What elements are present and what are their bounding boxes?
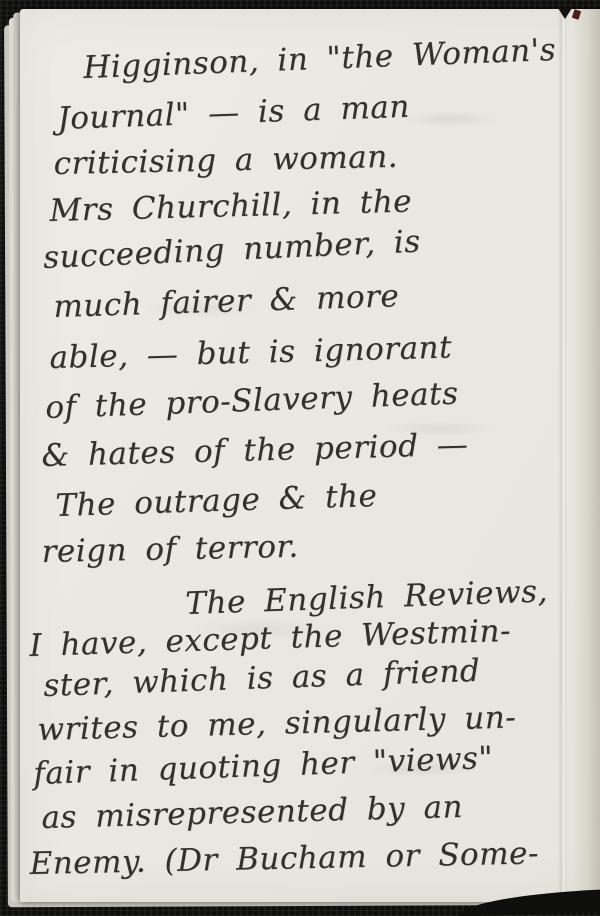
handwriting-line: The outrage & the bbox=[55, 478, 378, 524]
handwriting-line: as misrepresented by an bbox=[41, 789, 463, 836]
handwriting-line: fair in quoting her "views" bbox=[33, 740, 494, 792]
handwriting-line: much fairer & more bbox=[53, 278, 400, 325]
photograph: Higginson, in "the Woman's Journal" — is… bbox=[0, 0, 600, 916]
handwriting-line: Higginson, in "the Woman's bbox=[83, 32, 557, 86]
handwritten-text: Higginson, in "the Woman's Journal" — is… bbox=[0, 0, 600, 916]
handwriting-line: criticising a woman. bbox=[53, 139, 398, 182]
handwriting-line: Mrs Churchill, in the bbox=[49, 184, 412, 229]
handwriting-line: of the pro-Slavery heats bbox=[45, 376, 459, 426]
handwriting-line: & hates of the period — bbox=[41, 427, 469, 474]
handwriting-line: reign of terror. bbox=[41, 529, 299, 570]
handwriting-line: succeeding number, is bbox=[42, 224, 421, 276]
handwriting-line: Enemy. (Dr Bucham or Some- bbox=[29, 835, 539, 882]
handwriting-line: Journal" — is a man bbox=[57, 89, 411, 137]
handwriting-line: able, — but is ignorant bbox=[49, 329, 452, 376]
